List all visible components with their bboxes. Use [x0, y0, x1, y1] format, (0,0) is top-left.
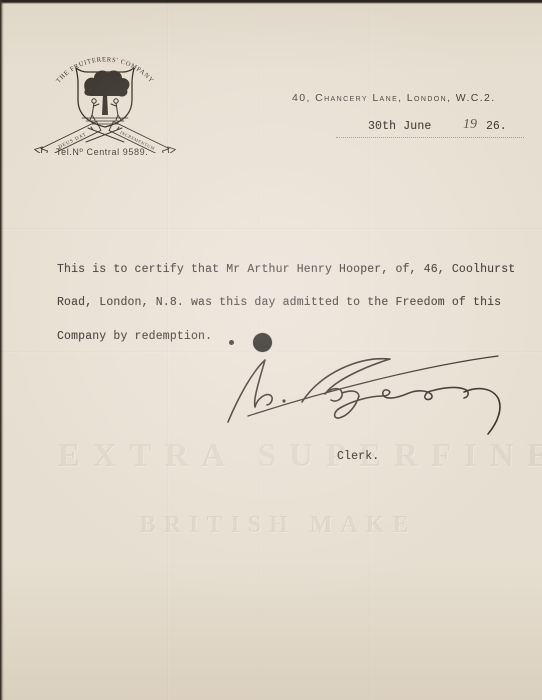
body-line-1: This is to certify that Mr Arthur Henry …	[57, 263, 515, 276]
signature-title: Clerk.	[337, 450, 379, 463]
signature-period-dot	[282, 399, 285, 402]
fruiterers-company-crest: THE FRUITERERS' COMPANY DEUS DAT	[30, 38, 180, 153]
body-line-2: Road, London, N.8. was this day admitted…	[57, 296, 501, 309]
body-line-3: Company by redemption.	[57, 330, 212, 343]
scanned-letter: EXTRA SUPERFINE BRITISH MAKE THE FRUITER…	[0, 0, 542, 700]
paper-watermark-line1: EXTRA SUPERFINE	[58, 438, 542, 475]
printed-year-prefix: 19	[463, 117, 477, 133]
photo-top-edge	[0, 0, 542, 4]
date-underline-rule	[336, 136, 524, 138]
crest-tree-trunk	[102, 94, 108, 115]
letterhead-address: 40, Chancery Lane, London, W.C.2.	[292, 92, 496, 104]
photo-left-edge	[0, 0, 4, 700]
typed-date: 30th June	[368, 120, 431, 133]
telephone-number: Tel.Nº Central 9589.	[56, 147, 148, 157]
typed-year: 26.	[486, 120, 507, 133]
crest-tree-canopy	[84, 71, 129, 97]
ink-speck	[229, 340, 234, 345]
clerk-signature	[212, 348, 512, 440]
crest-ground-hatching	[82, 118, 128, 124]
paper-watermark-line2: BRITISH MAKE	[140, 512, 417, 539]
horizontal-fold-crease	[0, 228, 542, 230]
